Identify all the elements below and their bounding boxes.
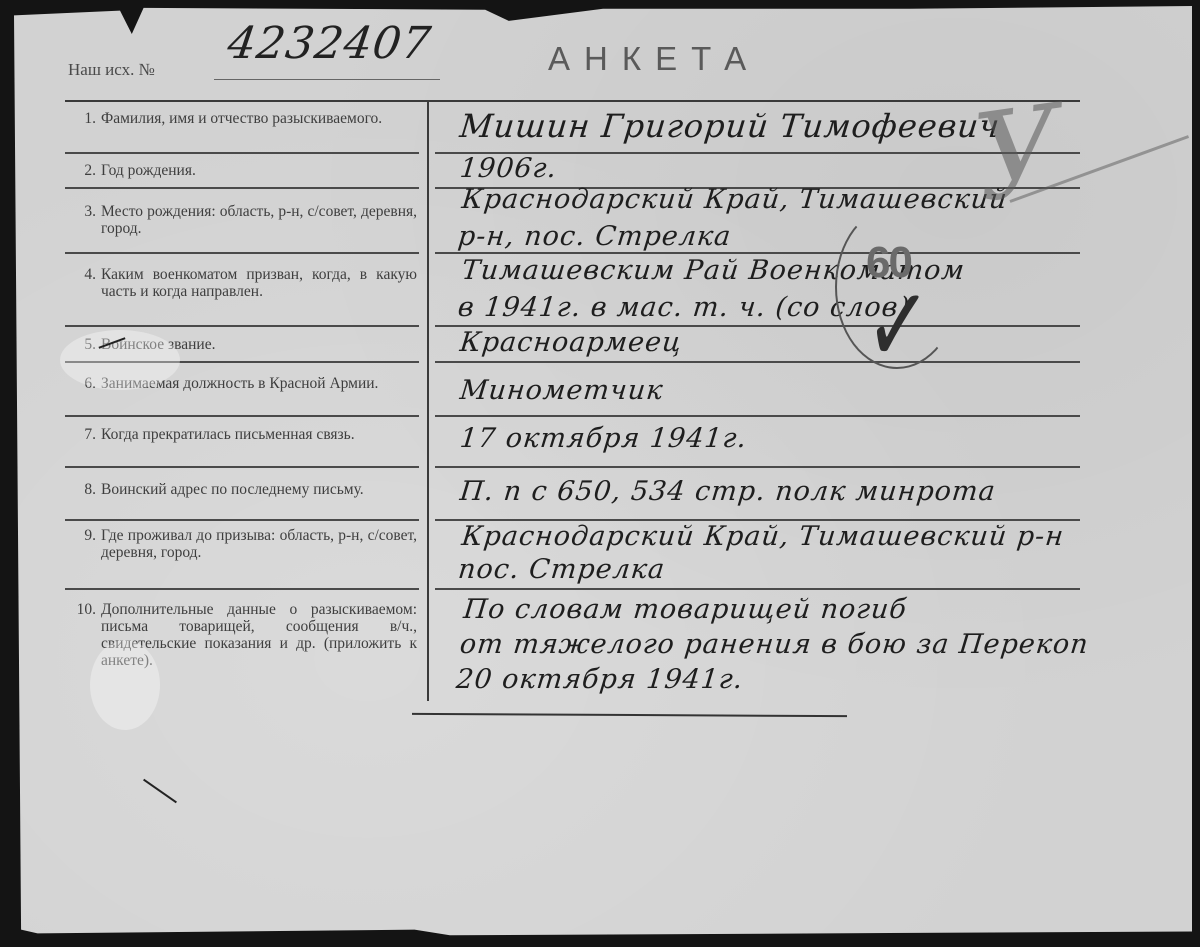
row-divider	[435, 415, 1080, 417]
row-divider	[65, 187, 419, 189]
pencil-annotation: У	[967, 90, 1070, 221]
question-number: 7.	[66, 426, 96, 444]
row-divider	[65, 252, 419, 254]
answer-military-address: П. п с 650, 534 стр. полк минрота	[458, 473, 1162, 510]
answer-enlistment: Тимашевским Рай Военкоматом в 1941г. в м…	[456, 252, 1164, 326]
form-title: АНКЕТА	[548, 40, 760, 78]
question-label: Когда прекратилась письменная связь.	[101, 426, 417, 443]
paper-tear	[90, 640, 160, 730]
question-number: 1.	[66, 110, 96, 128]
question-label: Каким военкоматом призван, когда, в каку…	[101, 266, 417, 300]
question-number: 3.	[66, 203, 96, 221]
table-column-divider	[427, 101, 429, 701]
row-divider	[65, 152, 419, 154]
outgoing-number-value: 4232407	[224, 18, 434, 69]
question-label: Где проживал до призыва: область, р-н, с…	[101, 527, 417, 561]
row-divider	[65, 519, 419, 521]
answer-military-rank: Красноармеец	[458, 324, 1162, 361]
question-label: Место рождения: область, р-н, с/совет, д…	[101, 203, 417, 237]
answer-position: Минометчик	[458, 372, 1162, 409]
question-number: 10.	[66, 601, 96, 619]
row-divider	[65, 466, 419, 468]
row-divider	[435, 466, 1080, 468]
row-divider	[65, 415, 419, 417]
row-divider	[65, 325, 419, 327]
question-label: Воинский адрес по последнему письму.	[101, 481, 417, 498]
row-divider	[435, 588, 1080, 590]
answer-last-contact: 17 октября 1941г.	[458, 420, 1162, 457]
outgoing-number-label: Наш исх. №	[68, 60, 155, 80]
row-divider	[435, 361, 1080, 363]
table-top-rule	[65, 100, 1080, 102]
answer-residence: Краснодарский Край, Тимашевский р-н пос.…	[457, 520, 1164, 586]
question-number: 8.	[66, 481, 96, 499]
question-number: 9.	[66, 527, 96, 545]
outgoing-number-underline	[214, 79, 440, 80]
question-number: 2.	[66, 162, 96, 180]
answer-additional-info: По словам товарищей погиб от тяжелого ра…	[454, 592, 1165, 697]
check-mark-icon: ✓	[863, 267, 933, 383]
question-label: Фамилия, имя и отчество разыскиваемого.	[101, 110, 417, 127]
question-number: 4.	[66, 266, 96, 284]
row-divider	[65, 588, 419, 590]
question-label: Год рождения.	[101, 162, 417, 179]
